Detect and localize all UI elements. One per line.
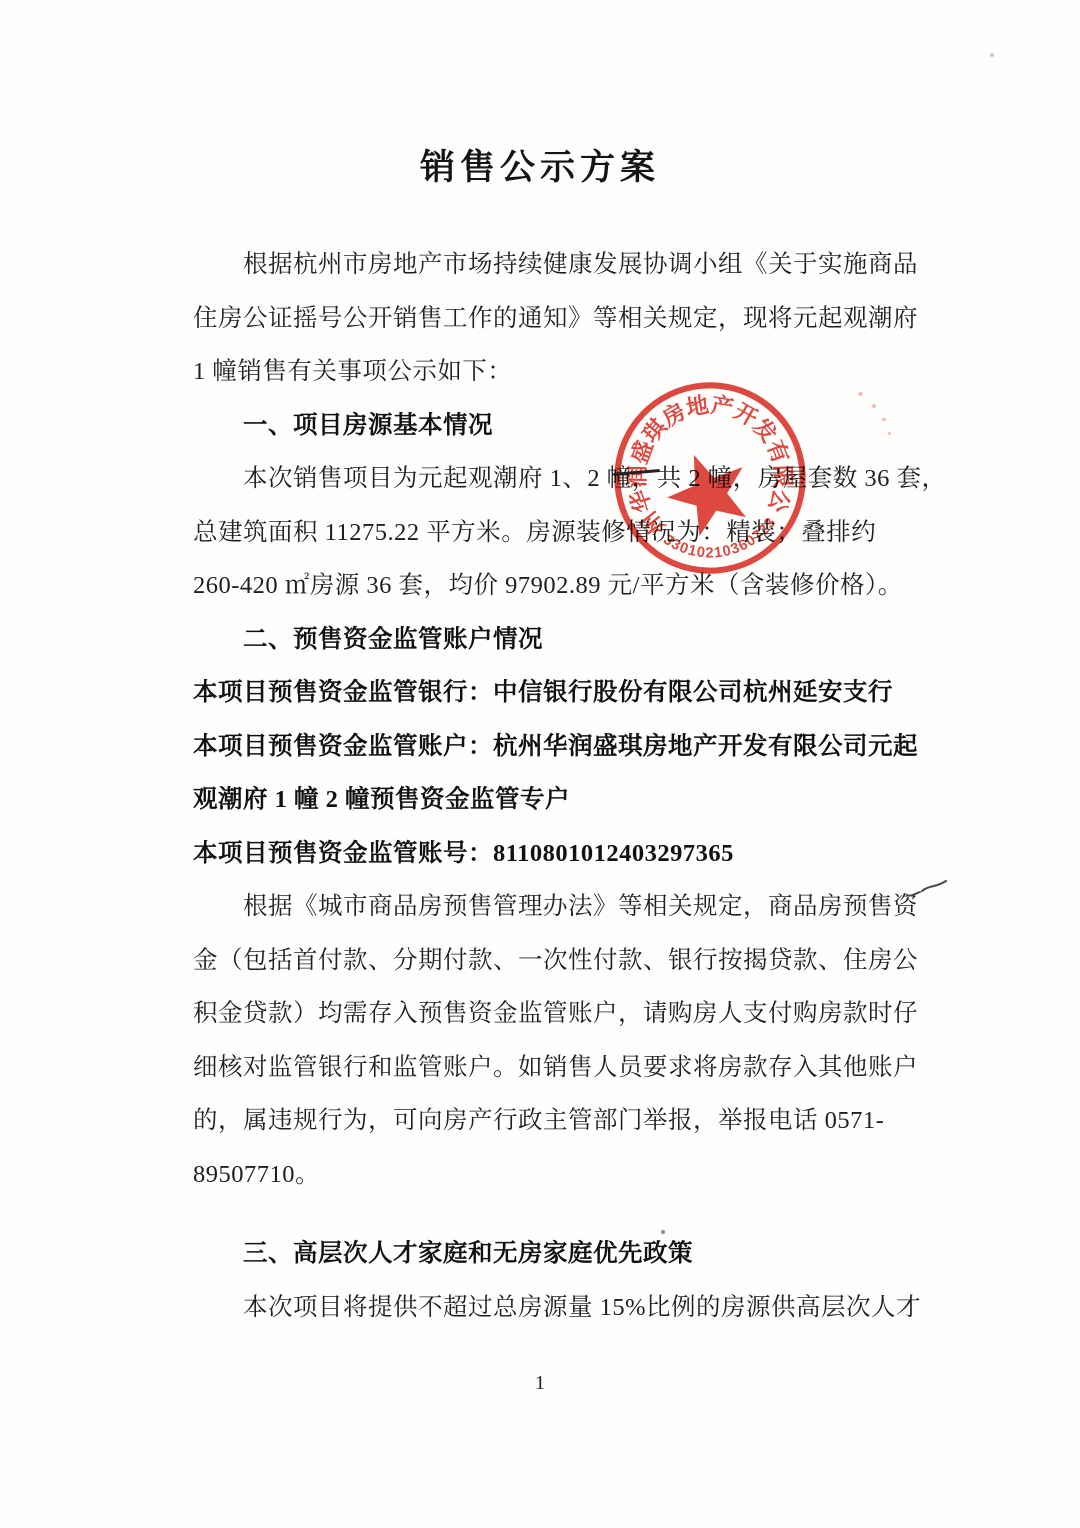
text-line: 本项目预售资金监管账户：杭州华润盛琪房地产开发有限公司元起 (193, 720, 915, 774)
text-line: 根据杭州市房地产市场持续健康发展协调小组《关于实施商品 (193, 238, 915, 292)
text-line: 本项目预售资金监管银行：中信银行股份有限公司杭州延安支行 (193, 666, 915, 720)
text-line: 二、预售资金监管账户情况 (193, 613, 915, 667)
seal-speckle (858, 392, 863, 396)
company-seal-stamp: 杭州华润盛琪房地产开发有限公司 33010210360723 (598, 366, 822, 590)
pen-squiggle-mark (905, 878, 949, 904)
text-line: 积金贷款）均需存入预售资金监管账户，请购房人支付购房款时仔 (193, 987, 915, 1041)
seal-speckle (888, 432, 891, 435)
text-line: 观潮府 1 幢 2 幢预售资金监管专户 (193, 773, 915, 827)
text-line: 住房公证摇号公开销售工作的通知》等相关规定，现将元起观潮府 (193, 292, 915, 346)
page-title: 销售公示方案 (0, 145, 1080, 191)
text-line: 金（包括首付款、分期付款、一次性付款、银行按揭贷款、住房公 (193, 934, 915, 988)
text-line: 的，属违规行为，可向房产行政主管部门举报，举报电话 0571- (193, 1094, 915, 1148)
text-line: 89507710。 (193, 1148, 915, 1202)
star-icon (661, 447, 753, 541)
page-number: 1 (0, 1372, 1080, 1395)
paper-speck (990, 53, 994, 57)
text-line: 根据《城市商品房预售管理办法》等相关规定，商品房预售资 (193, 880, 915, 934)
text-line: 细核对监管银行和监管账户。如销售人员要求将房款存入其他账户 (193, 1041, 915, 1095)
text-line: 三、高层次人才家庭和无房家庭优先政策 (193, 1227, 915, 1281)
seal-speckle (872, 404, 876, 408)
seal-speckle (882, 418, 886, 421)
text-line: 本次项目将提供不超过总房源量 15%比例的房源供高层次人才 (193, 1281, 915, 1335)
document-page: 销售公示方案 根据杭州市房地产市场持续健康发展协调小组《关于实施商品住房公证摇号… (0, 0, 1080, 1528)
ink-dot (661, 1230, 665, 1234)
text-line: 本项目预售资金监管账号：8110801012403297365 (193, 827, 915, 881)
